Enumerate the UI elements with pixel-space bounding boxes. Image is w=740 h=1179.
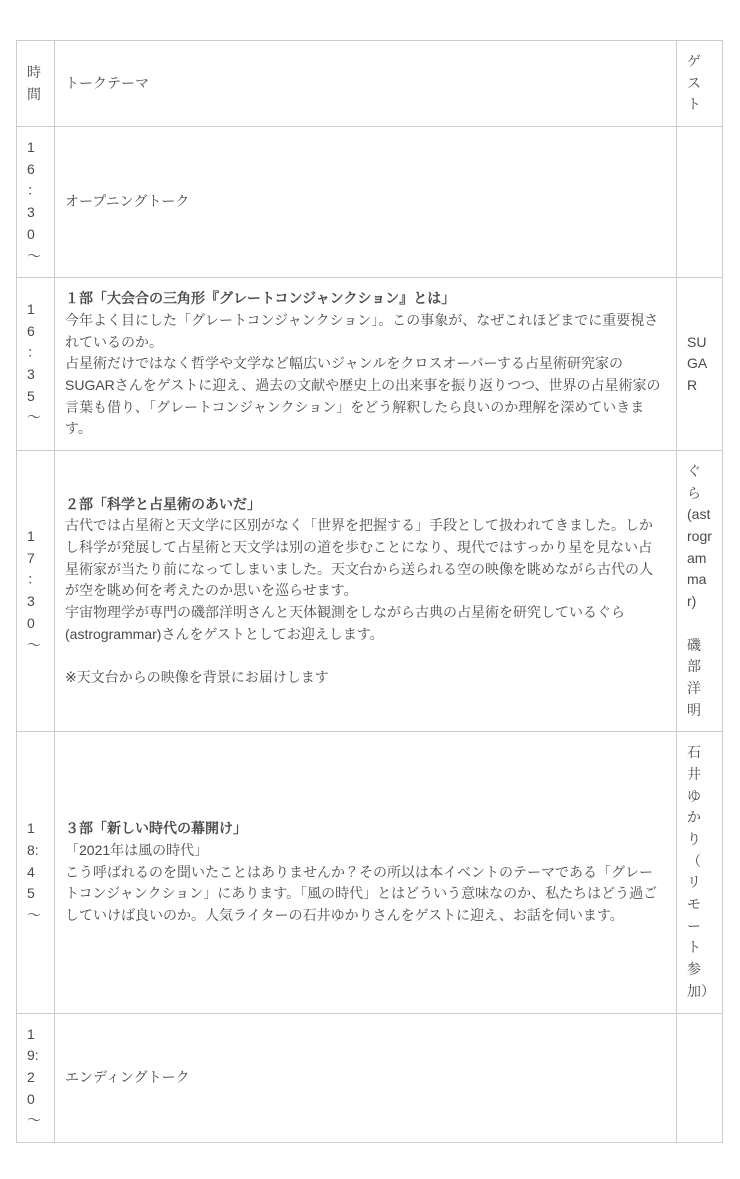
guest-cell [677, 127, 723, 278]
theme-cell: エンディングトーク [55, 1013, 677, 1142]
talk-description: 今年よく目にした「グレートコンジャンクション」。この事象が、なぜこれほどまでに重… [65, 310, 666, 440]
table-row-part3: 18:45〜 ３部「新しい時代の幕開け」 「2021年は風の時代」 こう呼ばれる… [17, 732, 723, 1013]
header-guest: ゲスト [677, 41, 723, 127]
talk-title: ２部「科学と占星術のあいだ」 [65, 494, 666, 516]
theme-cell: ２部「科学と占星術のあいだ」 古代では占星術と天文学に区別がなく「世界を把握する… [55, 451, 677, 732]
theme-cell: １部「大会合の三角形『グレートコンジャンクション』とは」 今年よく目にした「グレ… [55, 278, 677, 451]
talk-description: 「2021年は風の時代」 こう呼ばれるのを聞いたことはありませんか？その所以は本… [65, 840, 666, 927]
talk-description: オープニングトーク [65, 191, 666, 213]
theme-cell: オープニングトーク [55, 127, 677, 278]
talk-description: エンディングトーク [65, 1067, 666, 1089]
talk-title: １部「大会合の三角形『グレートコンジャンクション』とは」 [65, 288, 666, 310]
guest-cell [677, 1013, 723, 1142]
header-time: 時間 [17, 41, 55, 127]
page: 時間 トークテーマ ゲスト 16：30〜 オープニングトーク 16：35〜 １部… [0, 0, 740, 1179]
guest-cell: 石井ゆかり（リモート参加） [677, 732, 723, 1013]
time-cell: 16：30〜 [17, 127, 55, 278]
guest-cell: SUGAR [677, 278, 723, 451]
header-row: 時間 トークテーマ ゲスト [17, 41, 723, 127]
time-cell: 18:45〜 [17, 732, 55, 1013]
theme-cell: ３部「新しい時代の幕開け」 「2021年は風の時代」 こう呼ばれるのを聞いたこと… [55, 732, 677, 1013]
table-row-ending: 19:20〜 エンディングトーク [17, 1013, 723, 1142]
guest-cell: ぐら(astrogrammar) 磯部洋明 [677, 451, 723, 732]
table-row-part2: 17：30〜 ２部「科学と占星術のあいだ」 古代では占星術と天文学に区別がなく「… [17, 451, 723, 732]
time-cell: 19:20〜 [17, 1013, 55, 1142]
table-row-part1: 16：35〜 １部「大会合の三角形『グレートコンジャンクション』とは」 今年よく… [17, 278, 723, 451]
time-cell: 17：30〜 [17, 451, 55, 732]
table-row-opening: 16：30〜 オープニングトーク [17, 127, 723, 278]
talk-title: ３部「新しい時代の幕開け」 [65, 818, 666, 840]
talk-description: 古代では占星術と天文学に区別がなく「世界を把握する」手段として扱われてきました。… [65, 515, 666, 689]
time-cell: 16：35〜 [17, 278, 55, 451]
header-theme: トークテーマ [55, 41, 677, 127]
schedule-table: 時間 トークテーマ ゲスト 16：30〜 オープニングトーク 16：35〜 １部… [16, 40, 723, 1143]
